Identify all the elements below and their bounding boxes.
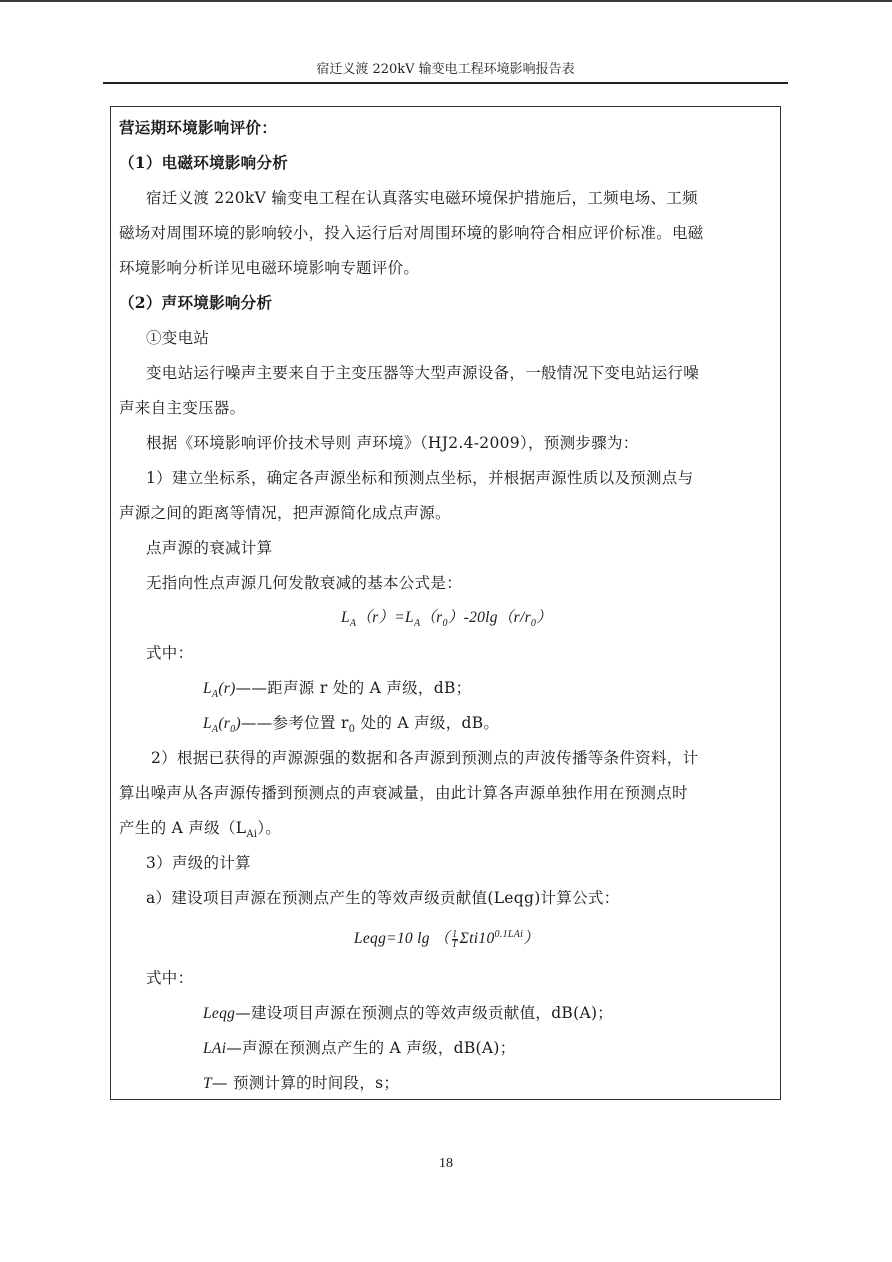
- paragraph-line: 声源之间的距离等情况，把声源简化成点声源。: [119, 503, 775, 523]
- section-title: 营运期环境影响评价：: [119, 118, 775, 138]
- paragraph-line: 宿迁义渡 220kV 输变电工程在认真落实电磁环境保护措施后，工频电场、工频: [146, 188, 802, 208]
- subsection-title-em: （1）电磁环境影响分析: [119, 153, 775, 173]
- paragraph-line: 1）建立坐标系，确定各声源坐标和预测点坐标，并根据声源性质以及预测点与: [146, 468, 802, 488]
- paragraph-line: 2）根据已获得的声源源强的数据和各声源到预测点的声波传播等条件资料，计: [151, 748, 807, 768]
- header-rule: [103, 82, 788, 84]
- fraction: 1T: [452, 930, 458, 949]
- content-box: 营运期环境影响评价： （1）电磁环境影响分析 宿迁义渡 220kV 输变电工程在…: [110, 106, 781, 1100]
- paragraph-line: 产生的 A 声级（LAi）。: [119, 818, 775, 845]
- formula-leqg: Leqg=10 lg （1TΣti100.1LAi）: [111, 925, 782, 949]
- paragraph-line: 根据《环境影响评价技术导则 声环境》（HJ2.4-2009），预测步骤为：: [146, 433, 802, 453]
- paragraph-line: a）建设项目声源在预测点产生的等效声级贡献值(Leqg)计算公式：: [146, 888, 802, 908]
- paragraph-line: 声来自主变压器。: [119, 398, 775, 418]
- where-label: 式中：: [146, 643, 802, 663]
- page-number: 18: [0, 1156, 892, 1172]
- paragraph-line: 无指向性点声源几何发散衰减的基本公式是：: [146, 573, 802, 593]
- formula-attenuation: LA（r）=LA（r0）-20lg（r/r0）: [111, 608, 782, 634]
- page-top-edge: [0, 0, 892, 2]
- item-substation: ①变电站: [146, 328, 802, 348]
- running-header: 宿迁义渡 220kV 输变电工程环境影响报告表: [103, 62, 788, 78]
- definition-line: LA(r0)——参考位置 r0 处的 A 声级，dB。: [203, 713, 859, 740]
- definition-line: LA(r)——距声源 r 处的 A 声级，dB；: [203, 678, 859, 705]
- paragraph-line: 磁场对周围环境的影响较小，投入运行后对周围环境的影响符合相应评价标准。电磁: [119, 223, 775, 243]
- paragraph-line: 环境影响分析详见电磁环境影响专题评价。: [119, 258, 775, 278]
- subsection-title-noise: （2）声环境影响分析: [119, 293, 775, 313]
- definition-line: T— 预测计算的时间段，s；: [203, 1073, 859, 1094]
- paragraph-line: 点声源的衰减计算: [146, 538, 802, 558]
- definition-line: Leqg—建设项目声源在预测点的等效声级贡献值，dB(A)；: [203, 1003, 859, 1024]
- paragraph-line: 变电站运行噪声主要来自于主变压器等大型声源设备，一般情况下变电站运行噪: [146, 363, 802, 383]
- paragraph-line: 3）声级的计算: [146, 853, 802, 873]
- where-label: 式中：: [146, 968, 802, 988]
- paragraph-line: 算出噪声从各声源传播到预测点的声衰减量，由此计算各声源单独作用在预测点时: [119, 783, 775, 803]
- definition-line: LAi—声源在预测点产生的 A 声级，dB(A)；: [203, 1038, 859, 1059]
